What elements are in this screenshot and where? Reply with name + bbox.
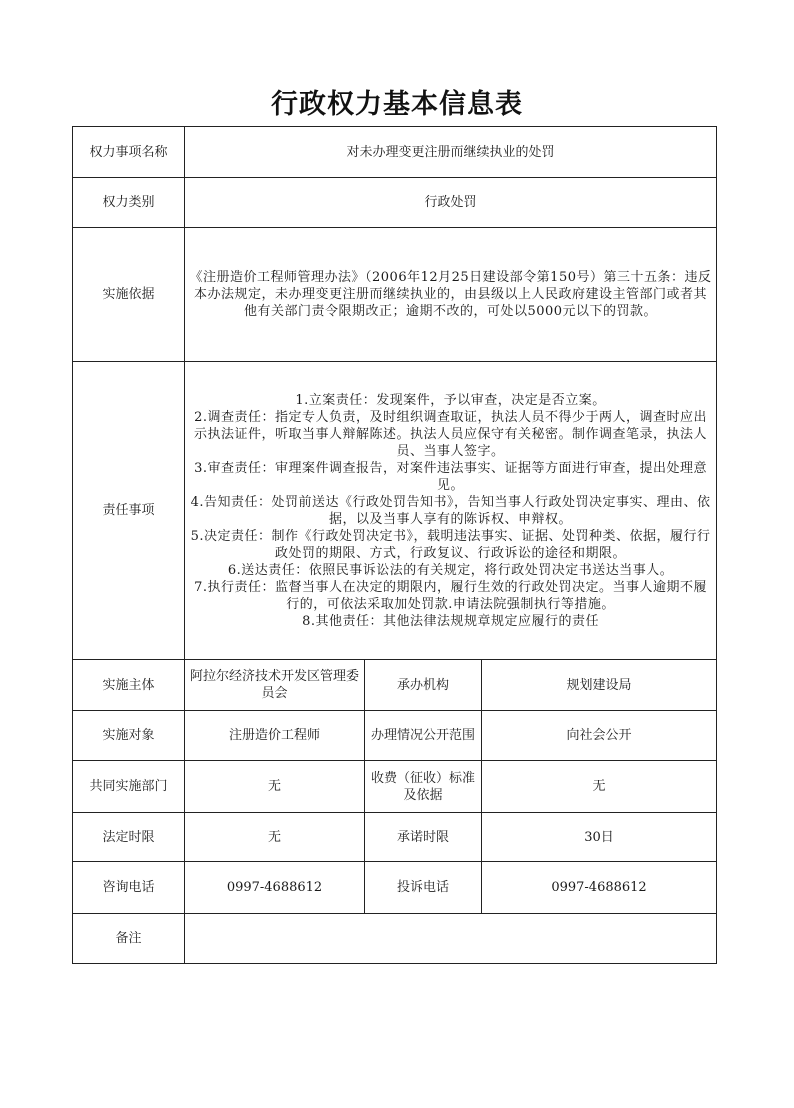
row-joint: 共同实施部门 无 收费（征收）标准及依据 无 xyxy=(73,761,717,813)
responsibility-item: 2.调查责任：指定专人负责，及时组织调查取证，执法人员不得少于两人，调查时应出示… xyxy=(189,409,712,460)
power-type-label: 权力类别 xyxy=(73,178,185,228)
disclosure-scope-value: 向社会公开 xyxy=(482,711,717,761)
fee-standard-value: 无 xyxy=(482,761,717,813)
info-table: 权力事项名称 对未办理变更注册而继续执业的处罚 权力类别 行政处罚 实施依据 《… xyxy=(72,126,717,964)
promised-limit-label: 承诺时限 xyxy=(365,813,482,862)
row-responsibilities: 责任事项 1.立案责任：发现案件，予以审查，决定是否立案。 2.调查责任：指定专… xyxy=(73,362,717,660)
responsibilities-label: 责任事项 xyxy=(73,362,185,660)
legal-limit-value: 无 xyxy=(185,813,365,862)
responsibility-item: 8.其他责任：其他法律法规规章规定应履行的责任 xyxy=(189,613,712,630)
subject-value: 阿拉尔经济技术开发区管理委员会 xyxy=(185,660,365,711)
responsibility-item: 7.执行责任：监督当事人在决定的期限内，履行生效的行政处罚决定。当事人逾期不履行… xyxy=(189,579,712,613)
responsibility-item: 1.立案责任：发现案件，予以审查，决定是否立案。 xyxy=(189,392,712,409)
row-remarks: 备注 xyxy=(73,914,717,964)
joint-dept-label: 共同实施部门 xyxy=(73,761,185,813)
disclosure-scope-label: 办理情况公开范围 xyxy=(365,711,482,761)
basis-value: 《注册造价工程师管理办法》（2006年12月25日建设部令第150号）第三十五条… xyxy=(185,228,717,362)
power-name-label: 权力事项名称 xyxy=(73,127,185,178)
power-type-value: 行政处罚 xyxy=(185,178,717,228)
legal-limit-label: 法定时限 xyxy=(73,813,185,862)
row-basis: 实施依据 《注册造价工程师管理办法》（2006年12月25日建设部令第150号）… xyxy=(73,228,717,362)
promised-limit-value: 30日 xyxy=(482,813,717,862)
responsibilities-list: 1.立案责任：发现案件，予以审查，决定是否立案。 2.调查责任：指定专人负责，及… xyxy=(185,362,717,660)
consult-phone-value: 0997-4688612 xyxy=(185,862,365,914)
subject-label: 实施主体 xyxy=(73,660,185,711)
remarks-value xyxy=(185,914,717,964)
handling-org-value: 规划建设局 xyxy=(482,660,717,711)
basis-label: 实施依据 xyxy=(73,228,185,362)
remarks-label: 备注 xyxy=(73,914,185,964)
target-label: 实施对象 xyxy=(73,711,185,761)
complaint-phone-label: 投诉电话 xyxy=(365,862,482,914)
joint-dept-value: 无 xyxy=(185,761,365,813)
fee-standard-label: 收费（征收）标准及依据 xyxy=(365,761,482,813)
target-value: 注册造价工程师 xyxy=(185,711,365,761)
row-power-type: 权力类别 行政处罚 xyxy=(73,178,717,228)
page-title: 行政权力基本信息表 xyxy=(0,82,794,121)
responsibility-item: 3.审查责任：审理案件调查报告，对案件违法事实、证据等方面进行审查，提出处理意见… xyxy=(189,460,712,494)
handling-org-label: 承办机构 xyxy=(365,660,482,711)
row-target: 实施对象 注册造价工程师 办理情况公开范围 向社会公开 xyxy=(73,711,717,761)
row-power-name: 权力事项名称 对未办理变更注册而继续执业的处罚 xyxy=(73,127,717,178)
row-subject: 实施主体 阿拉尔经济技术开发区管理委员会 承办机构 规划建设局 xyxy=(73,660,717,711)
power-name-value: 对未办理变更注册而继续执业的处罚 xyxy=(185,127,717,178)
responsibility-item: 4.告知责任：处罚前送达《行政处罚告知书》，告知当事人行政处罚决定事实、理由、依… xyxy=(189,494,712,528)
consult-phone-label: 咨询电话 xyxy=(73,862,185,914)
complaint-phone-value: 0997-4688612 xyxy=(482,862,717,914)
row-phone: 咨询电话 0997-4688612 投诉电话 0997-4688612 xyxy=(73,862,717,914)
responsibility-item: 6.送达责任：依照民事诉讼法的有关规定，将行政处罚决定书送达当事人。 xyxy=(189,562,712,579)
responsibility-item: 5.决定责任：制作《行政处罚决定书》，载明违法事实、证据、处罚种类、依据，履行行… xyxy=(189,528,712,562)
row-time-limit: 法定时限 无 承诺时限 30日 xyxy=(73,813,717,862)
